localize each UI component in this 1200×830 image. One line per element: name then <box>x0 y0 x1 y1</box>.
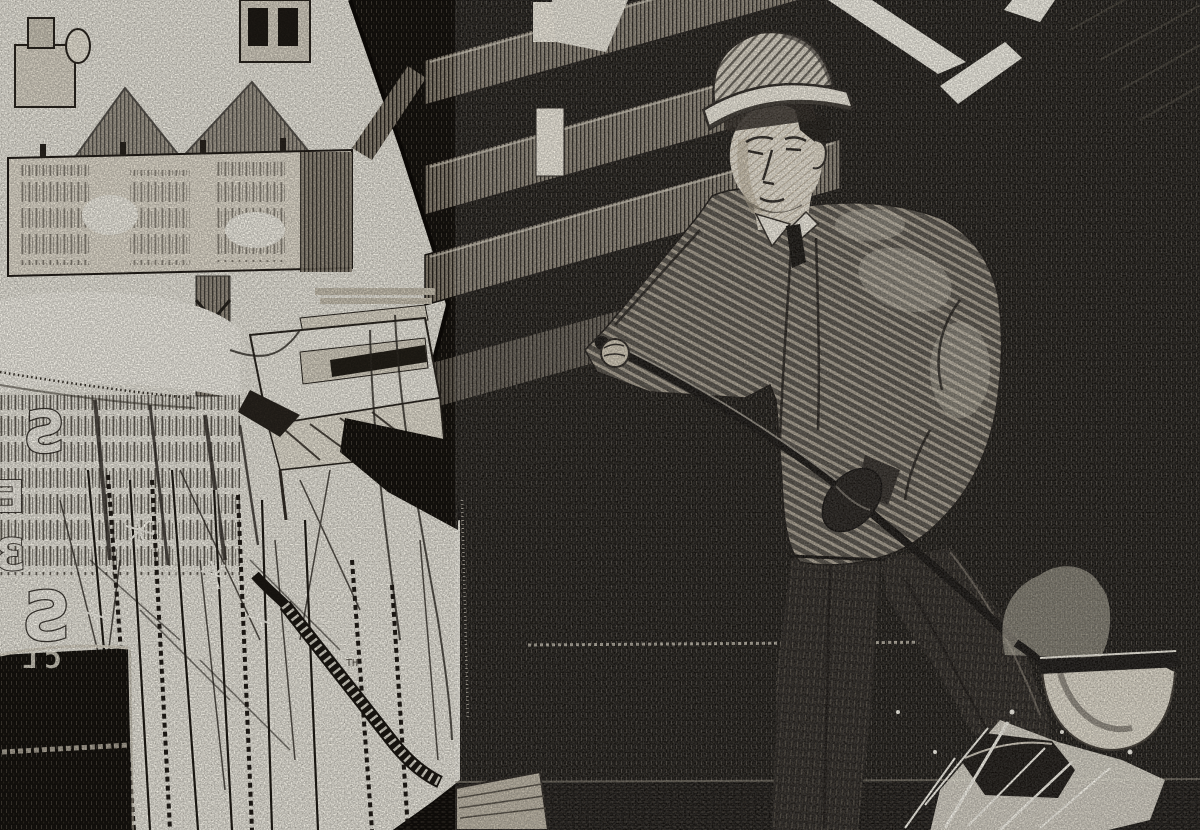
engraving-canvas: S E 3 S <box>0 0 1200 830</box>
grain-light-overlay <box>455 0 1200 830</box>
engraving-illustration: S E 3 S <box>0 0 1200 830</box>
